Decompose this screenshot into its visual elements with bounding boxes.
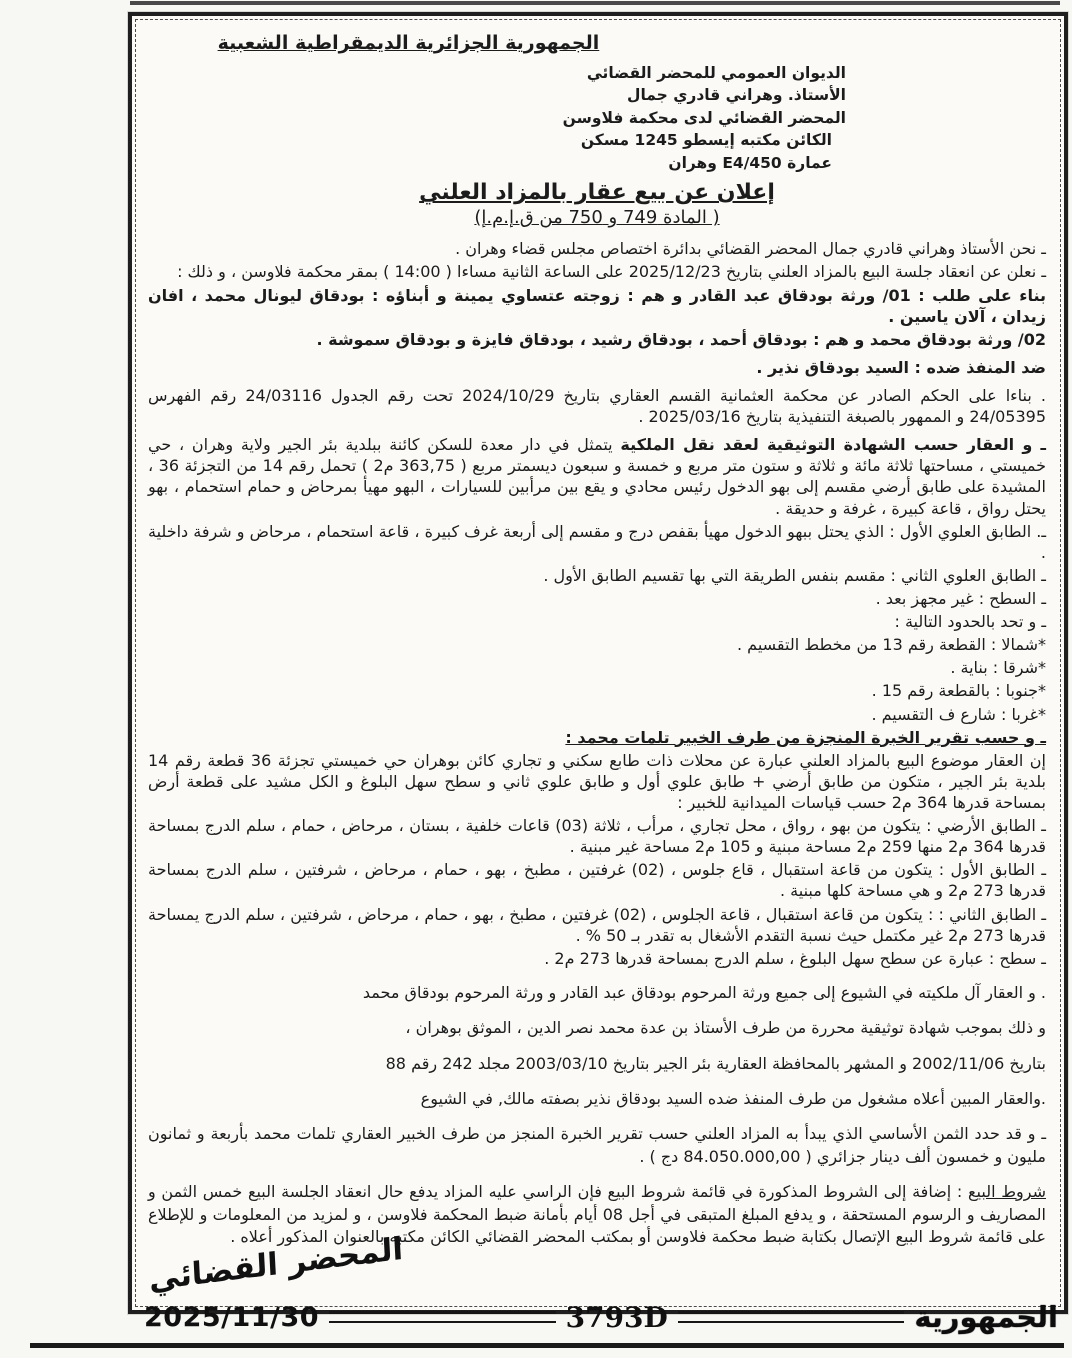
bailiff-office-block: الديوان العمومي للمحضر القضائي الأستاذ. …	[148, 62, 846, 174]
paragraph: ـ. الطابق العلوي الأول : الذي يحتل ببهو …	[148, 521, 1046, 563]
paragraph: ـ الطابق الأول : يتكون من قاعة استقبال ،…	[148, 859, 1046, 901]
republic-title: الجمهورية الجزائرية الديمقراطية الشعبية	[218, 32, 600, 54]
paragraph: ـ و تحد بالحدود التالية :	[148, 611, 1046, 632]
office-line: الكائن مكتبه إيسطو 1245 مسكن	[148, 129, 846, 151]
paragraph: بناء على طلب : 01/ ورثة بودقاق عبد القاد…	[148, 285, 1046, 327]
office-line: الأستاذ. وهراني قادري جمال	[148, 84, 846, 106]
paragraph: إن العقار موضوع البيع بالمزاد العلني عبا…	[148, 750, 1046, 813]
office-line: عمارة E4/450 وهران	[148, 152, 846, 174]
paragraph: 02/ ورثة بودقاق محمد و هم : بودقاق أحمد …	[148, 329, 1046, 350]
paragraph-lead: ـ و العقار حسب الشهادة التوثيقية لعقد نق…	[620, 435, 1046, 454]
page-bottom-rule	[30, 1343, 1064, 1348]
document-border-frame: الجمهورية الجزائرية الديمقراطية الشعبية …	[128, 12, 1068, 1314]
paragraph: ـ الطابق الثاني : : يتكون من قاعة استقبا…	[148, 904, 1046, 946]
paragraph: ـ الطابق الأرضي : يتكون من بهو ، رواق ، …	[148, 815, 1046, 857]
paragraph: و ذلك بموجب شهادة توثيقية محررة من طرف ا…	[148, 1017, 1046, 1039]
notice-title: إعلان عن بيع عقار بالمزاد العلني	[148, 180, 1046, 205]
paragraph: ـ السطح : غير مجهز بعد .	[148, 588, 1046, 609]
footer-divider-rule	[678, 1311, 905, 1323]
paragraph: *شرقا : بناية .	[148, 657, 1046, 678]
paragraph: .والعقار المبين أعلاه مشغول من طرف المنف…	[148, 1088, 1046, 1110]
office-line: الديوان العمومي للمحضر القضائي	[148, 62, 846, 84]
paragraph: . و العقار آل ملكيته في الشيوع إلى جميع …	[148, 982, 1046, 1004]
paragraph: *شمالا : القطعة رقم 13 من مخطط التقسيم .	[148, 634, 1046, 655]
paragraph: ـ نحن الأستاذ وهراني قادري جمال المحضر ا…	[148, 238, 1046, 259]
scanned-newspaper-notice: { "colors": { "ink": "#1c1c1c", "paper":…	[0, 0, 1072, 1358]
paragraph: . بناءا على الحكم الصادر عن محكمة العثما…	[148, 385, 1046, 427]
scan-edge-artifact	[130, 1, 1060, 5]
newspaper-footer-bar: 2025/11/30 3793D الجمهورية	[144, 1296, 1058, 1338]
paragraph: شروط البيع : إضافة إلى الشروط المذكورة ف…	[148, 1181, 1046, 1248]
paragraph: *جنوبا : بالقطعة رقم 15 .	[148, 680, 1046, 701]
announcement-reference: 3793D	[566, 1301, 668, 1334]
paragraph: ضد المنفذ ضده : السيد بودقاق نذير .	[148, 357, 1046, 378]
office-line: المحضر القضائي لدى محكمة فلاوسن	[148, 107, 846, 129]
paragraph: ـ نعلن عن انعقاد جلسة البيع بالمزاد العل…	[148, 261, 1046, 282]
newspaper-logo: الجمهورية	[914, 1300, 1058, 1334]
paragraph: ـ و حسب تقرير الخبرة المنجزة من طرف الخب…	[148, 727, 1046, 748]
footer-divider-rule	[329, 1311, 556, 1323]
document-content: الجمهورية الجزائرية الديمقراطية الشعبية …	[135, 19, 1061, 1307]
paragraph-lead: شروط البيع	[968, 1182, 1046, 1201]
paragraph: ـ و العقار حسب الشهادة التوثيقية لعقد نق…	[148, 434, 1046, 518]
notice-body: ـ نحن الأستاذ وهراني قادري جمال المحضر ا…	[148, 238, 1046, 1248]
notice-articles: ( المادة 749 و 750 من ق.إ.م.إ)	[148, 207, 1046, 228]
paragraph: بتاريخ 2002/11/06 و المشهر بالمحافظة الع…	[148, 1053, 1046, 1075]
paragraph: ـ و قد حدد الثمن الأساسي الذي يبدأ به ال…	[148, 1123, 1046, 1168]
publication-date: 2025/11/30	[144, 1302, 319, 1333]
paragraph: ـ الطابق العلوي الثاني : مقسم بنفس الطري…	[148, 565, 1046, 586]
paragraph: ـ سطح : عبارة عن سطح سهل البلوغ ، سلم ال…	[148, 948, 1046, 969]
paragraph: *غربا : شارع ف التقسيم .	[148, 704, 1046, 725]
